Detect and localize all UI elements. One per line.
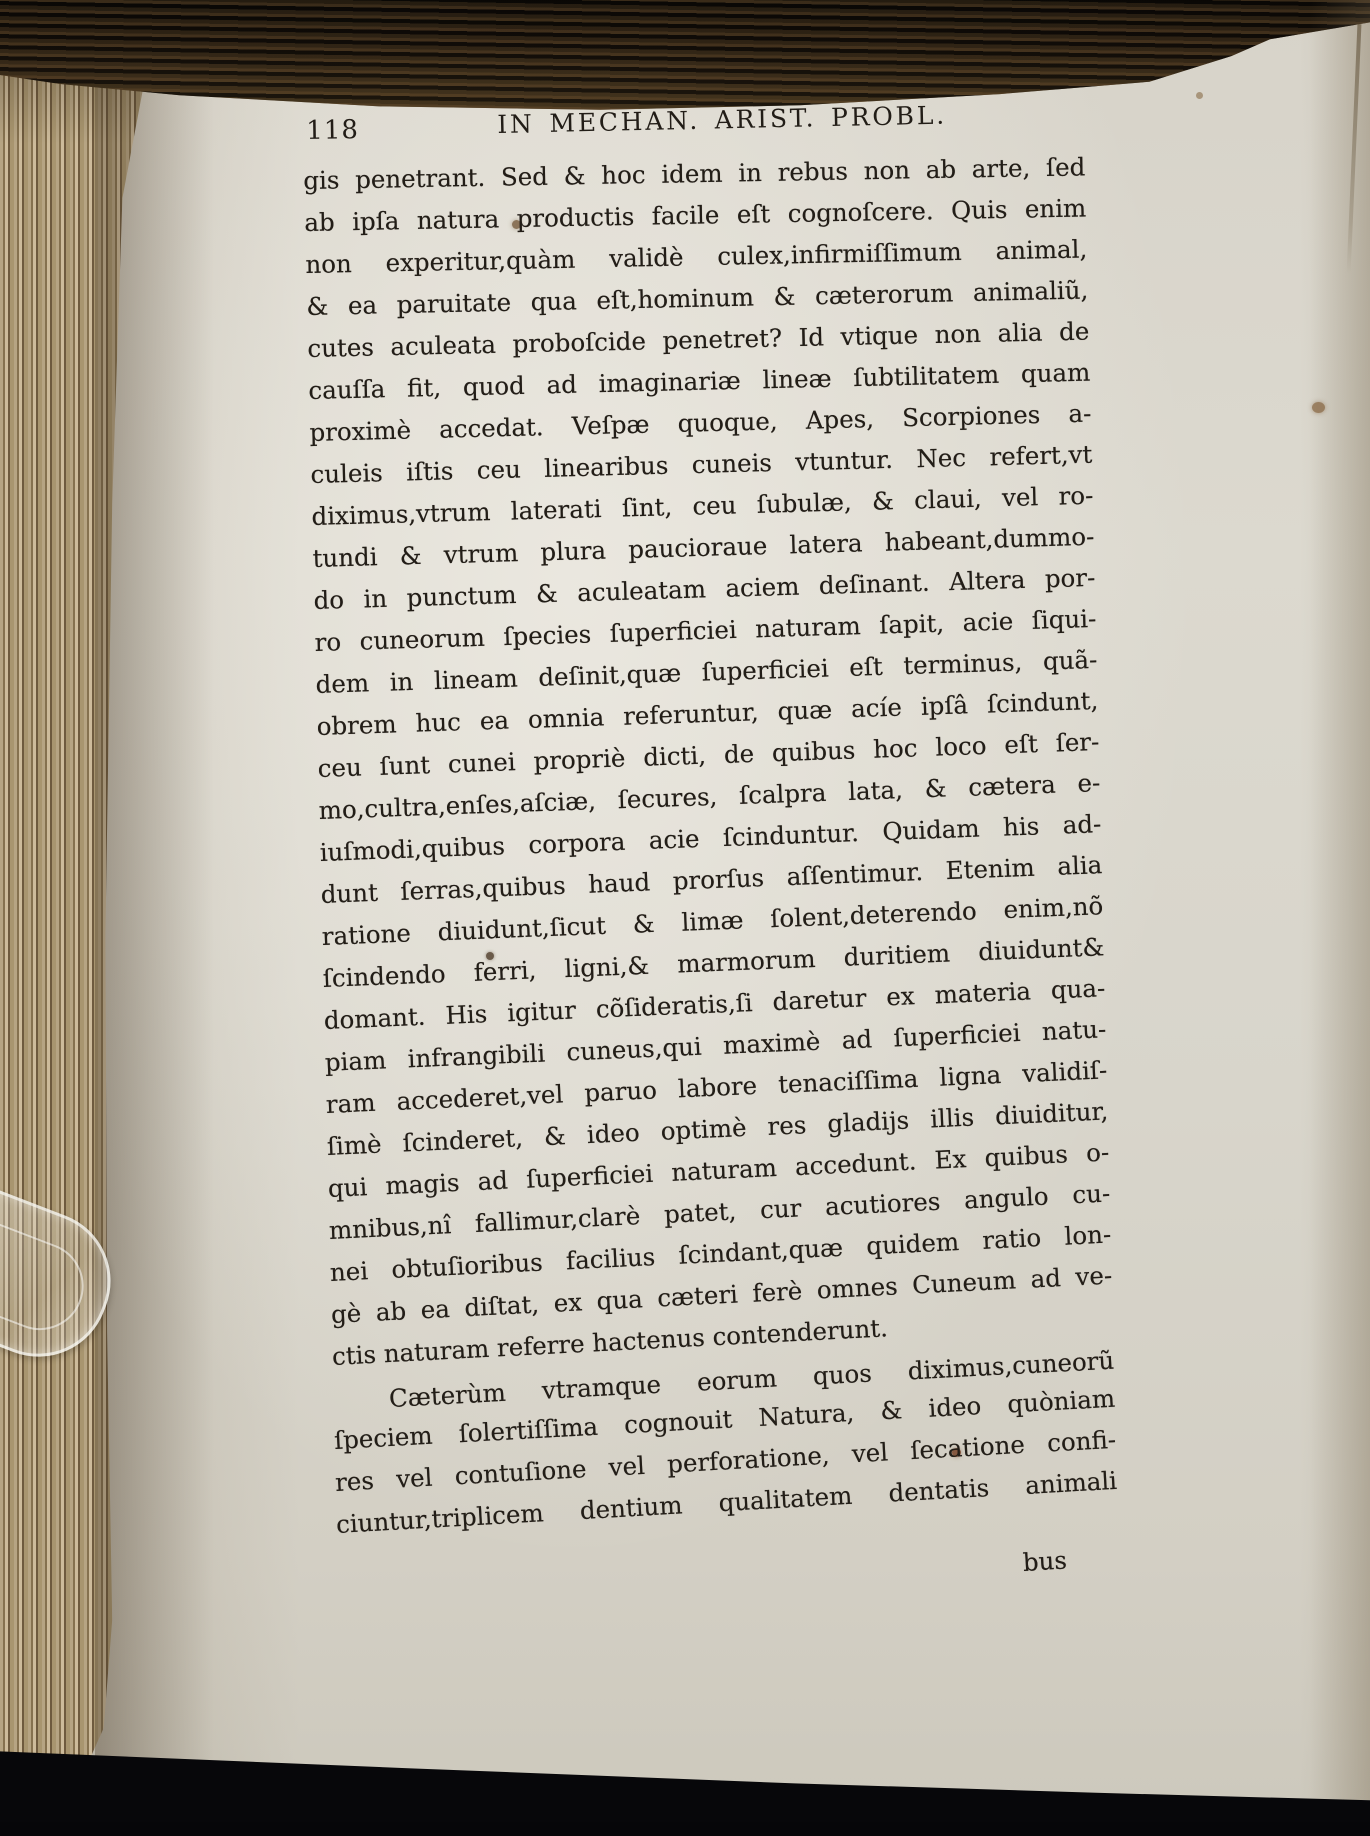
catchword: bus <box>1022 1544 1094 1577</box>
page-holder-clip-inner-edge <box>0 1218 97 1343</box>
text-block: gis penetrant. Sed & hoc idem in rebus n… <box>0 0 1370 1836</box>
background-bottom <box>0 1822 1370 1836</box>
